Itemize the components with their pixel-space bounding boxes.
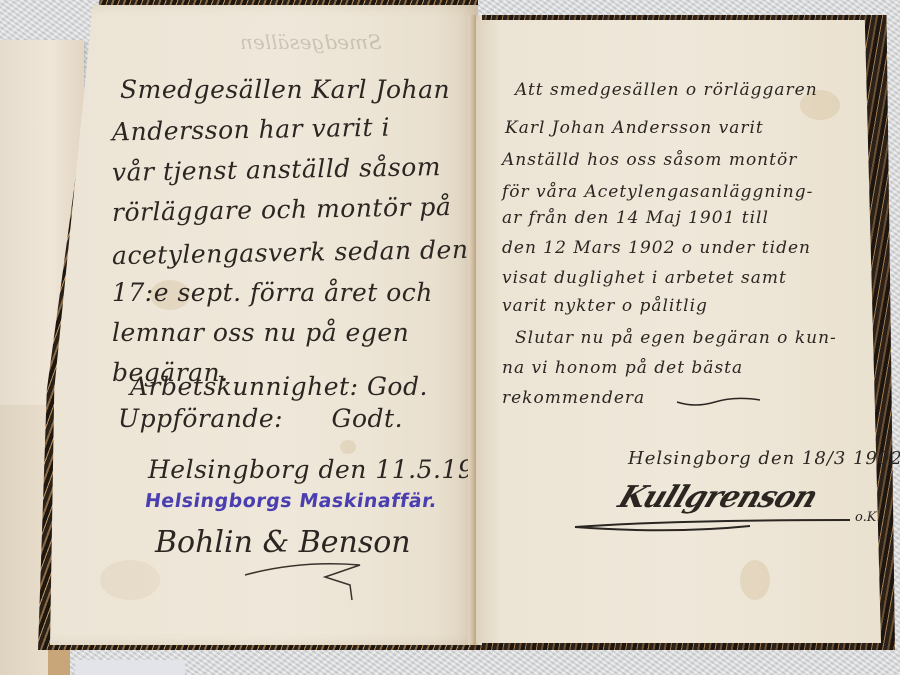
right-line-1: Att smedgesällen o rörläggaren — [515, 80, 818, 100]
rating-conduct-label: Uppförande: — [118, 404, 283, 433]
right-line-5: ar från den 14 Maj 1901 till — [502, 208, 769, 228]
right-line-8: varit nykter o pålitlig — [502, 296, 708, 316]
right-line-11: rekommendera — [502, 388, 645, 408]
signature-right: Kullgrenson — [614, 480, 822, 515]
right-line-6: den 12 Mars 1902 o under tiden — [502, 238, 811, 258]
paper-stain — [740, 560, 770, 600]
left-line-2: Andersson har varit i — [112, 113, 390, 147]
rating-conduct: Uppförande: Godt. — [118, 404, 403, 433]
paper-stain — [100, 560, 160, 600]
right-line-9: Slutar nu på egen begäran o kun- — [515, 328, 837, 348]
right-line-4: för våra Acetylengasanläggning- — [502, 182, 813, 202]
photo-scene: Smedgesällen Smedgesällen Karl Johan And… — [0, 0, 900, 675]
company-stamp: Helsingborgs Maskinaffär. — [143, 490, 438, 512]
rating-conduct-value: Godt. — [332, 404, 404, 433]
rating-skill: Arbetskunnighet: God. — [130, 372, 428, 401]
bleed-through-text: Smedgesällen — [240, 30, 382, 54]
right-line-7: visat duglighet i arbetet samt — [502, 268, 787, 288]
left-line-1: Smedgesällen Karl Johan — [120, 75, 450, 104]
left-place-date: Helsingborg den 11.5.1901 — [148, 455, 507, 484]
right-line-3: Anställd hos oss såsom montör — [502, 150, 797, 170]
right-line-2: Karl Johan Andersson varit — [505, 118, 764, 138]
left-line-7: lemnar oss nu på egen — [112, 318, 409, 347]
left-line-3: vår tjenst anställd såsom — [112, 152, 441, 187]
text-flourish — [675, 392, 765, 412]
left-line-6: 17:e sept. förra året och — [112, 278, 433, 307]
paper-stain — [340, 440, 356, 454]
left-line-5: acetylengasverk sedan den — [112, 235, 469, 270]
right-line-10: na vi honom på det bästa — [502, 358, 743, 378]
right-place-date: Helsingborg den 18/3 1902 — [628, 448, 900, 469]
signature-underline-right — [570, 512, 860, 542]
card-under-book — [75, 660, 185, 675]
rating-skill-label: Arbetskunnighet: — [130, 372, 359, 401]
rating-skill-value: God. — [367, 372, 428, 401]
signature-flourish-left — [240, 555, 380, 605]
left-line-4: rörläggare och montör på — [112, 192, 452, 227]
